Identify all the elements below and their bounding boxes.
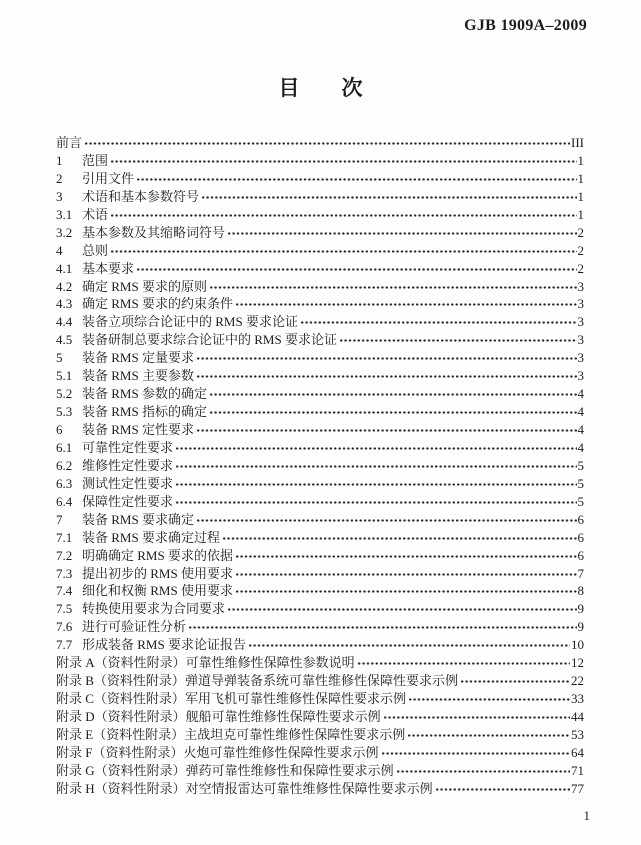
- toc-entry: 7.5 转换使用要求为合同要求 9: [56, 600, 584, 618]
- toc-entry-page: 7: [578, 565, 585, 583]
- toc-entry-page: 64: [571, 744, 584, 762]
- toc-dot-leader: [209, 284, 577, 291]
- toc-entry: 7.1 装备 RMS 要求确定过程 6: [56, 529, 584, 547]
- toc-entry-title: 转换使用要求为合同要求: [82, 600, 225, 618]
- toc-dot-leader: [339, 337, 577, 344]
- toc-dot-leader: [84, 140, 570, 147]
- toc-entry-title: 总则: [82, 242, 108, 260]
- toc-entry-page: 3: [578, 349, 585, 367]
- toc-entry: 1 范围 1: [56, 152, 584, 170]
- toc-entry-page: 22: [571, 672, 584, 690]
- toc-dot-leader: [110, 158, 576, 165]
- toc-entry-number: 6.3: [56, 475, 82, 493]
- toc-entry-number: 6: [56, 421, 82, 439]
- toc-entry: 7.4 细化和权衡 RMS 使用要求 8: [56, 582, 584, 600]
- toc-dot-leader: [175, 463, 576, 470]
- toc-dot-leader: [381, 750, 570, 757]
- toc-entry: 6.2 维修性定性要求 5: [56, 457, 584, 475]
- toc-entry-note: （资料性附录）: [95, 654, 186, 672]
- toc-entry: 3.2 基本参数及其缩略词符号 2: [56, 224, 584, 242]
- toc-dot-leader: [248, 642, 570, 649]
- toc-dot-leader: [235, 301, 577, 308]
- toc-entry-title: 装备 RMS 要求确定过程: [82, 529, 220, 547]
- toc-dot-leader: [110, 248, 576, 255]
- toc-entry-page: 9: [578, 618, 585, 636]
- toc-entry-title: 范围: [82, 152, 108, 170]
- toc-entry-number: 4.5: [56, 331, 82, 349]
- toc-entry-title: 保障性定性要求: [82, 493, 173, 511]
- toc-entry-number: 附录 A: [56, 654, 95, 672]
- toc-entry-title: 术语和基本参数符号: [82, 188, 199, 206]
- document-page: GJB 1909A–2009 目次 前言 III 1 范围 1 2: [0, 0, 641, 845]
- toc-entry-number: 3: [56, 188, 82, 206]
- toc-entry-number: 6.2: [56, 457, 82, 475]
- page-number: 1: [584, 808, 591, 824]
- toc-entry-page: 12: [571, 654, 584, 672]
- table-of-contents: 前言 III 1 范围 1 2 引用文件 1 3: [56, 134, 584, 798]
- toc-entry: 5.2 装备 RMS 参数的确定 4: [56, 385, 584, 403]
- toc-entry-number: 附录 G: [56, 762, 95, 780]
- toc-entry-number: 7.6: [56, 618, 82, 636]
- toc-entry-number: 3.2: [56, 224, 82, 242]
- toc-dot-leader: [196, 517, 577, 524]
- toc-dot-leader: [300, 319, 577, 326]
- toc-entry-page: 5: [578, 457, 585, 475]
- toc-entry-page: 3: [578, 278, 585, 296]
- toc-entry-title: 测试性定性要求: [82, 475, 173, 493]
- toc-entry-number: 7.3: [56, 565, 82, 583]
- toc-entry-title: 火炮可靠性维修性保障性要求示例: [184, 744, 379, 762]
- toc-entry: 7.2 明确确定 RMS 要求的依据 6: [56, 547, 584, 565]
- toc-entry-page: 44: [571, 708, 584, 726]
- toc-entry: 3 术语和基本参数符号 1: [56, 188, 584, 206]
- toc-entry-page: 2: [578, 224, 585, 242]
- toc-entry: 附录 D （资料性附录） 舰船可靠性维修性保障性要求示例 44: [56, 708, 584, 726]
- toc-entry-number: 7.7: [56, 636, 82, 654]
- toc-entry-number: 7.2: [56, 547, 82, 565]
- toc-entry-page: 3: [578, 367, 585, 385]
- toc-entry-number: 4.3: [56, 295, 82, 313]
- toc-entry: 附录 B （资料性附录） 弹道导弹装备系统可靠性维修性保障性要求示例 22: [56, 672, 584, 690]
- toc-entry: 7.3 提出初步的 RMS 使用要求 7: [56, 565, 584, 583]
- toc-entry-title: 提出初步的 RMS 使用要求: [82, 565, 233, 583]
- toc-entry-title: 引用文件: [82, 170, 134, 188]
- toc-dot-leader: [408, 696, 570, 703]
- toc-entry-page: 6: [578, 511, 585, 529]
- toc-dot-leader: [209, 409, 577, 416]
- toc-entry: 4 总则 2: [56, 242, 584, 260]
- toc-entry-page: 3: [578, 295, 585, 313]
- toc-entry-page: 1: [578, 170, 585, 188]
- toc-entry: 7.7 形成装备 RMS 要求论证报告 10: [56, 636, 584, 654]
- toc-entry-number: 4: [56, 242, 82, 260]
- toc-entry-title: 装备 RMS 要求确定: [82, 511, 194, 529]
- toc-entry-number: 附录 H: [56, 780, 95, 798]
- toc-entry: 4.4 装备立项综合论证中的 RMS 要求论证 3: [56, 313, 584, 331]
- toc-entry-title: 主战坦克可靠性维修性保障性要求示例: [184, 726, 405, 744]
- toc-entry-page: 3: [578, 331, 585, 349]
- toc-dot-leader: [136, 176, 576, 183]
- toc-dot-leader: [235, 553, 577, 560]
- toc-entry-title: 细化和权衡 RMS 使用要求: [82, 582, 233, 600]
- toc-entry-title: 前言: [56, 134, 82, 152]
- toc-dot-leader: [175, 445, 576, 452]
- toc-entry-title: 基本要求: [82, 260, 134, 278]
- toc-entry-note: （资料性附录）: [95, 780, 186, 798]
- toc-entry-page: 33: [571, 690, 584, 708]
- toc-entry-page: 6: [578, 547, 585, 565]
- toc-entry-title: 对空情报雷达可靠性维修性保障性要求示例: [186, 780, 433, 798]
- title-block: 目次: [0, 72, 641, 102]
- toc-entry-number: 5.3: [56, 403, 82, 421]
- toc-dot-leader: [396, 768, 570, 775]
- toc-dot-leader: [136, 266, 576, 273]
- toc-entry-page: 9: [578, 600, 585, 618]
- toc-entry-title: 确定 RMS 要求的原则: [82, 278, 207, 296]
- toc-entry-note: （资料性附录）: [93, 726, 184, 744]
- toc-entry: 5 装备 RMS 定量要求 3: [56, 349, 584, 367]
- toc-entry-number: 4.1: [56, 260, 82, 278]
- toc-entry: 附录 E （资料性附录） 主战坦克可靠性维修性保障性要求示例 53: [56, 726, 584, 744]
- toc-entry-title: 装备立项综合论证中的 RMS 要求论证: [82, 313, 298, 331]
- page-title: 目次: [279, 72, 405, 102]
- toc-entry-number: 2: [56, 170, 82, 188]
- toc-dot-leader: [196, 427, 577, 434]
- toc-entry: 4.5 装备研制总要求综合论证中的 RMS 要求论证 3: [56, 331, 584, 349]
- toc-entry-number: 附录 D: [56, 708, 95, 726]
- toc-entry-title: 装备 RMS 定量要求: [82, 349, 194, 367]
- toc-entry-page: 8: [578, 582, 585, 600]
- toc-entry: 7.6 进行可验证性分析 9: [56, 618, 584, 636]
- toc-dot-leader: [227, 230, 576, 237]
- toc-dot-leader: [460, 678, 570, 685]
- toc-entry: 4.3 确定 RMS 要求的约束条件 3: [56, 295, 584, 313]
- toc-entry-page: 5: [578, 493, 585, 511]
- toc-entry: 附录 G （资料性附录） 弹药可靠性维修性和保障性要求示例 71: [56, 762, 584, 780]
- toc-dot-leader: [201, 194, 576, 201]
- toc-dot-leader: [110, 212, 576, 219]
- toc-dot-leader: [357, 660, 570, 667]
- toc-entry-number: 7.1: [56, 529, 82, 547]
- toc-dot-leader: [222, 535, 577, 542]
- toc-entry-title: 形成装备 RMS 要求论证报告: [82, 636, 246, 654]
- toc-entry-page: 77: [571, 780, 584, 798]
- toc-dot-leader: [188, 624, 576, 631]
- toc-entry: 6.4 保障性定性要求 5: [56, 493, 584, 511]
- standard-number: GJB 1909A–2009: [464, 17, 587, 35]
- toc-entry-number: 附录 B: [56, 672, 94, 690]
- toc-dot-leader: [196, 355, 577, 362]
- toc-entry-number: 5.1: [56, 367, 82, 385]
- toc-entry: 7 装备 RMS 要求确定 6: [56, 511, 584, 529]
- toc-entry-title: 明确确定 RMS 要求的依据: [82, 547, 233, 565]
- toc-entry: 附录 A （资料性附录） 可靠性维修性保障性参数说明 12: [56, 654, 584, 672]
- toc-entry-title: 弹道导弹装备系统可靠性维修性保障性要求示例: [185, 672, 458, 690]
- toc-dot-leader: [407, 732, 570, 739]
- toc-entry-title: 装备 RMS 指标的确定: [82, 403, 207, 421]
- toc-dot-leader: [175, 499, 576, 506]
- toc-entry-note: （资料性附录）: [94, 672, 185, 690]
- toc-entry: 附录 F （资料性附录） 火炮可靠性维修性保障性要求示例 64: [56, 744, 584, 762]
- toc-entry-note: （资料性附录）: [94, 690, 185, 708]
- toc-entry-page: 6: [578, 529, 585, 547]
- toc-entry: 前言 III: [56, 134, 584, 152]
- toc-dot-leader: [227, 606, 576, 613]
- toc-entry-number: 7.4: [56, 582, 82, 600]
- toc-entry-title: 进行可验证性分析: [82, 618, 186, 636]
- toc-dot-leader: [235, 571, 577, 578]
- toc-entry-number: 5: [56, 349, 82, 367]
- toc-entry-number: 6.4: [56, 493, 82, 511]
- toc-entry-number: 1: [56, 152, 82, 170]
- toc-entry-number: 7.5: [56, 600, 82, 618]
- toc-entry-title: 可靠性维修性保障性参数说明: [186, 654, 355, 672]
- toc-entry-title: 可靠性定性要求: [82, 439, 173, 457]
- toc-entry-page: 4: [578, 403, 585, 421]
- toc-entry-title: 军用飞机可靠性维修性保障性要求示例: [185, 690, 406, 708]
- toc-entry: 6.1 可靠性定性要求 4: [56, 439, 584, 457]
- toc-dot-leader: [175, 481, 576, 488]
- toc-entry-title: 确定 RMS 要求的约束条件: [82, 295, 233, 313]
- toc-entry-page: 5: [578, 475, 585, 493]
- toc-dot-leader: [235, 588, 577, 595]
- toc-entry-page: 4: [578, 385, 585, 403]
- toc-entry-page: 1: [578, 206, 585, 224]
- toc-entry-note: （资料性附录）: [95, 708, 186, 726]
- toc-entry: 3.1 术语 1: [56, 206, 584, 224]
- toc-entry-number: 4.4: [56, 313, 82, 331]
- toc-entry-title: 舰船可靠性维修性保障性要求示例: [186, 708, 381, 726]
- toc-entry-title: 装备研制总要求综合论证中的 RMS 要求论证: [82, 331, 337, 349]
- toc-entry: 5.3 装备 RMS 指标的确定 4: [56, 403, 584, 421]
- toc-entry-page: 71: [571, 762, 584, 780]
- toc-entry-page: 10: [571, 636, 584, 654]
- toc-entry: 6.3 测试性定性要求 5: [56, 475, 584, 493]
- toc-entry-number: 3.1: [56, 206, 82, 224]
- toc-dot-leader: [209, 391, 577, 398]
- toc-dot-leader: [435, 786, 570, 793]
- toc-entry-number: 附录 F: [56, 744, 92, 762]
- toc-entry-title: 基本参数及其缩略词符号: [82, 224, 225, 242]
- toc-dot-leader: [196, 373, 577, 380]
- toc-entry-title: 装备 RMS 定性要求: [82, 421, 194, 439]
- toc-entry: 附录 H （资料性附录） 对空情报雷达可靠性维修性保障性要求示例 77: [56, 780, 584, 798]
- toc-entry-page: 4: [578, 439, 585, 457]
- toc-entry-page: 1: [578, 152, 585, 170]
- toc-entry-number: 4.2: [56, 278, 82, 296]
- toc-entry: 2 引用文件 1: [56, 170, 584, 188]
- toc-entry-number: 7: [56, 511, 82, 529]
- toc-entry-page: 4: [578, 421, 585, 439]
- toc-entry: 4.1 基本要求 2: [56, 260, 584, 278]
- toc-entry: 6 装备 RMS 定性要求 4: [56, 421, 584, 439]
- toc-entry-title: 弹药可靠性维修性和保障性要求示例: [186, 762, 394, 780]
- toc-entry-page: 53: [571, 726, 584, 744]
- toc-entry-number: 5.2: [56, 385, 82, 403]
- toc-entry-title: 装备 RMS 参数的确定: [82, 385, 207, 403]
- toc-entry-title: 术语: [82, 206, 108, 224]
- toc-entry-note: （资料性附录）: [95, 762, 186, 780]
- toc-entry-page: 3: [578, 313, 585, 331]
- toc-entry-title: 维修性定性要求: [82, 457, 173, 475]
- toc-entry: 4.2 确定 RMS 要求的原则 3: [56, 278, 584, 296]
- toc-entry-title: 装备 RMS 主要参数: [82, 367, 194, 385]
- toc-dot-leader: [383, 714, 570, 721]
- toc-entry-number: 附录 C: [56, 690, 94, 708]
- toc-entry-page: 2: [578, 260, 585, 278]
- toc-entry-note: （资料性附录）: [92, 744, 183, 762]
- toc-entry-number: 6.1: [56, 439, 82, 457]
- toc-entry-page: 2: [578, 242, 585, 260]
- toc-entry: 附录 C （资料性附录） 军用飞机可靠性维修性保障性要求示例 33: [56, 690, 584, 708]
- toc-entry: 5.1 装备 RMS 主要参数 3: [56, 367, 584, 385]
- toc-entry-page: 1: [578, 188, 585, 206]
- toc-entry-number: 附录 E: [56, 726, 93, 744]
- toc-entry-page: III: [571, 134, 584, 152]
